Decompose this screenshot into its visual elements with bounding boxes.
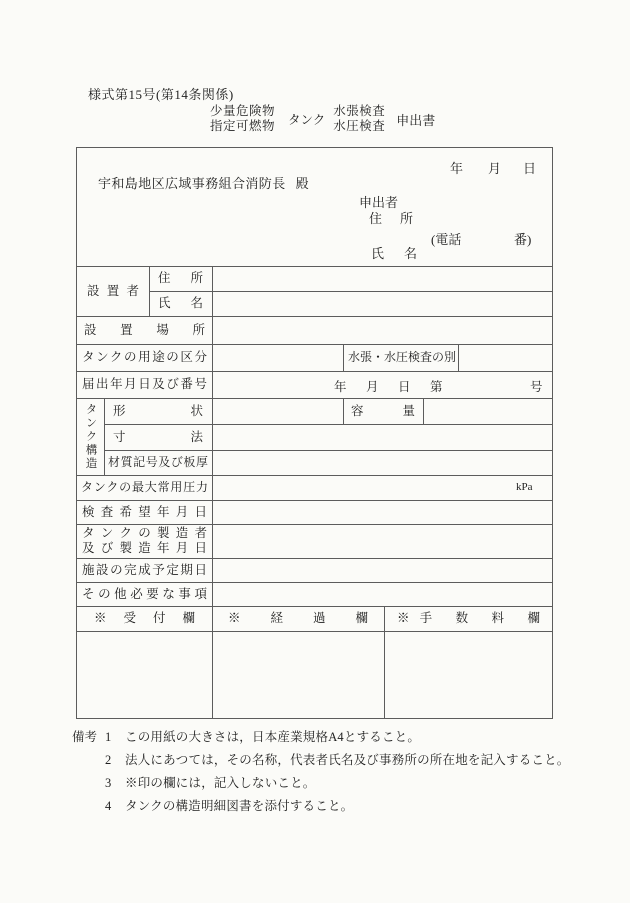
addressee-line: 宇和島地区広域事務組合消防長 殿: [98, 173, 309, 192]
applicant-name-label: 氏 名: [371, 246, 417, 261]
material-label: 材質記号及び板厚: [104, 450, 212, 475]
title-hazmat: 少量危険物: [210, 104, 275, 119]
location-label: 設 置 場 所: [77, 316, 212, 344]
inspection-kind-field[interactable]: [458, 344, 552, 371]
remarks-section: 備考 1 この用紙の大きさは，日本産業規格A4とすること。 2 法人にあつては，…: [72, 730, 570, 822]
form-title: 少量危険物 指定可燃物 タンク 水張検査 水圧検査 申出書: [210, 104, 435, 134]
pressure-unit-label: kPa: [516, 481, 533, 493]
form-number: 様式第15号(第14条関係): [88, 84, 234, 103]
note-row: 3 ※印の欄には，記入しないこと。: [72, 776, 570, 791]
inspection-date-label: 検 査 希 望 年 月 日: [77, 500, 212, 524]
progress-column-header: ※ 経 過 欄: [212, 606, 384, 631]
title-water-fill-test: 水張検査: [333, 104, 385, 119]
installer-name-field[interactable]: [212, 291, 552, 316]
tank-use-field[interactable]: [212, 344, 343, 371]
pressure-label: タンクの最大常用圧力: [77, 475, 212, 500]
completion-field[interactable]: [212, 558, 552, 582]
note-text: タンクの構造明細図書を添付すること。: [125, 799, 353, 814]
tank-structure-label: タンク構造: [77, 398, 104, 475]
note-number: 4: [105, 799, 125, 814]
dimension-label: 寸 法: [104, 424, 212, 450]
reception-column-header: ※ 受 付 欄: [77, 606, 212, 631]
inspection-date-field[interactable]: [212, 500, 552, 524]
reception-field[interactable]: [77, 631, 212, 718]
addressee-honorific: 殿: [296, 173, 309, 192]
pressure-field[interactable]: [212, 475, 512, 500]
note-number: 3: [105, 776, 125, 791]
note-text: この用紙の大きさは，日本産業規格A4とすること。: [125, 730, 420, 745]
installer-address-field[interactable]: [212, 266, 552, 291]
phone-label-close: 番): [514, 229, 531, 248]
note-number: 1: [105, 730, 125, 745]
notification-label: 届出年月日及び番号: [77, 371, 212, 398]
title-combustible: 指定可燃物: [210, 119, 275, 134]
date-year-label: 年: [450, 158, 463, 177]
note-text: ※印の欄には，記入しないこと。: [125, 776, 316, 791]
maker-label: タ ン ク の 製 造 者 及 び 製 造 年 月 日: [77, 524, 212, 558]
title-water-pressure-test: 水圧検査: [333, 119, 385, 134]
installer-address-label: 住 所: [149, 266, 212, 291]
notification-field[interactable]: [212, 371, 552, 398]
installer-name-label: 氏 名: [149, 291, 212, 316]
maker-field[interactable]: [212, 524, 552, 558]
fee-field[interactable]: [384, 631, 552, 718]
date-day-label: 日: [523, 158, 536, 177]
note-text: 法人にあつては，その名称，代表者氏名及び事務所の所在地を記入すること。: [125, 753, 570, 768]
shape-label: 形 状: [104, 398, 212, 424]
fee-column-header: ※手 数 料 欄: [384, 606, 553, 631]
capacity-field[interactable]: [423, 398, 552, 424]
dimension-field[interactable]: [212, 424, 552, 450]
note-number: 2: [105, 753, 125, 768]
progress-field[interactable]: [212, 631, 384, 718]
title-tank: タンク: [288, 110, 325, 128]
other-items-field[interactable]: [212, 582, 552, 606]
shape-field[interactable]: [212, 398, 343, 424]
title-material-stack: 少量危険物 指定可燃物: [210, 104, 275, 134]
note-row: 備考 1 この用紙の大きさは，日本産業規格A4とすること。: [72, 730, 570, 745]
title-application: 申出書: [396, 110, 435, 129]
completion-label: 施設の完成予定期日: [77, 558, 212, 582]
title-inspection-stack: 水張検査 水圧検査: [333, 104, 385, 134]
material-field[interactable]: [212, 450, 552, 475]
note-row: 4 タンクの構造明細図書を添付すること。: [72, 799, 570, 814]
date-month-label: 月: [488, 158, 501, 177]
note-row: 2 法人にあつては，その名称，代表者氏名及び事務所の所在地を記入すること。: [72, 753, 570, 768]
applicant-label: 申出者: [359, 192, 398, 211]
other-items-label: そ の 他 必 要 な 事 項: [77, 582, 212, 606]
phone-label-open: (電話: [431, 229, 461, 248]
remarks-heading: 備考: [72, 730, 105, 745]
installer-label: 設 置 者: [77, 266, 149, 316]
addressee: 宇和島地区広域事務組合消防長: [98, 173, 286, 192]
capacity-label: 容 量: [343, 398, 423, 424]
applicant-address-label: 住 所: [369, 211, 413, 226]
location-field[interactable]: [212, 316, 552, 344]
form-table: 年 月 日 宇和島地区広域事務組合消防長 殿 申出者 住 所 (電話 番) 氏 …: [76, 147, 553, 719]
form-page: 様式第15号(第14条関係) 少量危険物 指定可燃物 タンク 水張検査 水圧検査…: [0, 0, 630, 903]
tank-use-label: タンクの用途の区分: [77, 344, 212, 371]
inspection-kind-label: 水張・水圧検査の別: [343, 344, 458, 371]
